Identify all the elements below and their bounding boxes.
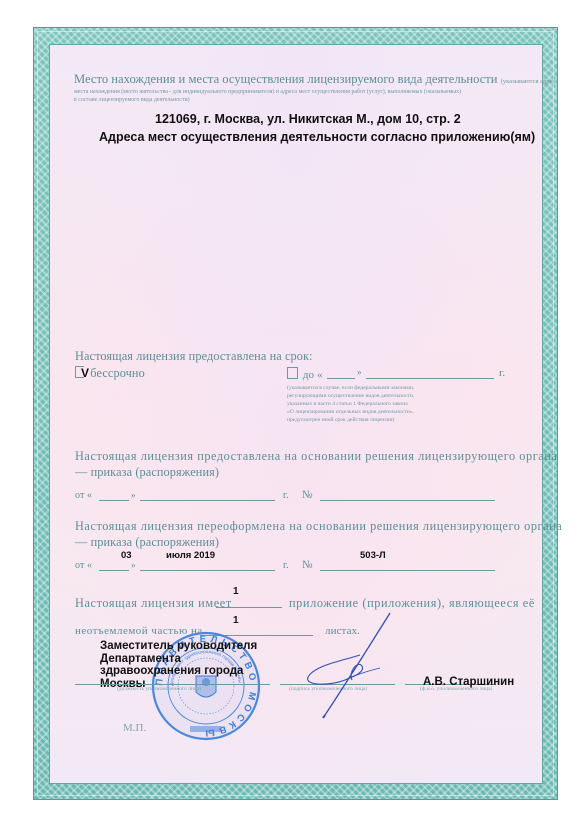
reissued-number-value: 503-Л [360,550,386,561]
granted-year-suffix: г. [283,490,289,501]
until-note-line: регулирующими осуществление видов деятел… [287,392,414,400]
until-checkbox[interactable] [287,367,298,379]
granted-day-line[interactable] [99,500,129,501]
location-note-line3: в составе лицензируемого вида деятельнос… [74,96,190,104]
appendix-count-value: 1 [233,586,239,597]
caption-position: (должность уполномоченного лица) [117,686,201,692]
until-year-suffix: г. [499,367,505,379]
granted-quote-close: » [131,490,136,500]
until-option[interactable]: до « [287,367,323,381]
granted-from-label: от « [75,490,92,501]
appendix-count-line[interactable] [216,607,282,608]
location-heading-text: Место нахождения и места осуществления л… [74,72,498,86]
reissued-from-label: от « [75,560,92,571]
until-label: до « [303,369,323,381]
until-note: (указывается в случае, если федеральными… [287,384,414,424]
signatory-position-line: Департамента [100,653,257,666]
until-quote-close: » [357,367,362,377]
reissued-number-line[interactable] [320,570,495,571]
until-note-line: указанных в части 4 статьи 1 Федеральног… [287,400,414,408]
position-line [75,684,270,685]
reissued-date-line[interactable] [140,570,275,571]
reissued-number-label: № [302,559,313,571]
reissued-month-year-value: июля 2019 [166,550,215,561]
reissued-day-line[interactable] [99,570,129,571]
granted-basis-line1: Настоящая лицензия предоставлена на осно… [75,449,557,464]
indefinite-checkbox[interactable] [75,366,84,378]
signatory-position-line: Заместитель руководителя [100,640,257,653]
indefinite-label: бессрочно [90,366,145,380]
indefinite-option[interactable]: V бессрочно [75,366,145,381]
granted-date-line[interactable] [140,500,275,501]
location-heading: Место нахождения и места осуществления л… [74,72,555,87]
until-note-line: предусмотрен иной срок действия лицензии… [287,416,414,424]
appendix-sheets-value: 1 [233,615,239,626]
reissued-day-value: 03 [121,550,132,561]
until-note-line: (указывается в случае, если федеральными… [287,384,414,392]
until-day-line[interactable] [327,378,355,379]
address-value: 121069, г. Москва, ул. Никитская М., дом… [155,112,461,126]
addresses-note: Адреса мест осуществления деятельности с… [99,130,535,144]
granted-number-line[interactable] [320,500,495,501]
reissued-year-suffix: г. [283,560,289,571]
granted-basis-line2: — приказа (распоряжения) [75,465,219,480]
signatory-name: А.В. Старшинин [423,676,514,688]
reissued-basis-line1: Настоящая лицензия переоформлена на осно… [75,519,562,534]
appendix-line1-start: Настоящая лицензия имеет [75,596,232,611]
location-note-line2: места нахождения (место жительства - для… [74,88,461,96]
term-heading: Настоящая лицензия предоставлена на срок… [75,349,313,364]
reissued-basis-line2: — приказа (распоряжения) [75,535,219,550]
location-note-inline: (указываются адрес [501,78,556,85]
granted-number-label: № [302,489,313,501]
until-date-line[interactable] [366,378,494,379]
seal-label: М.П. [123,722,146,734]
signatory-position: Заместитель руководителя Департамента зд… [100,640,257,690]
handwritten-signature-icon [290,600,410,730]
signatory-position-line: здравоохранения города [100,665,257,678]
until-note-line: «О лицензировании отдельных видов деятел… [287,408,414,416]
reissued-quote-close: » [131,560,136,570]
